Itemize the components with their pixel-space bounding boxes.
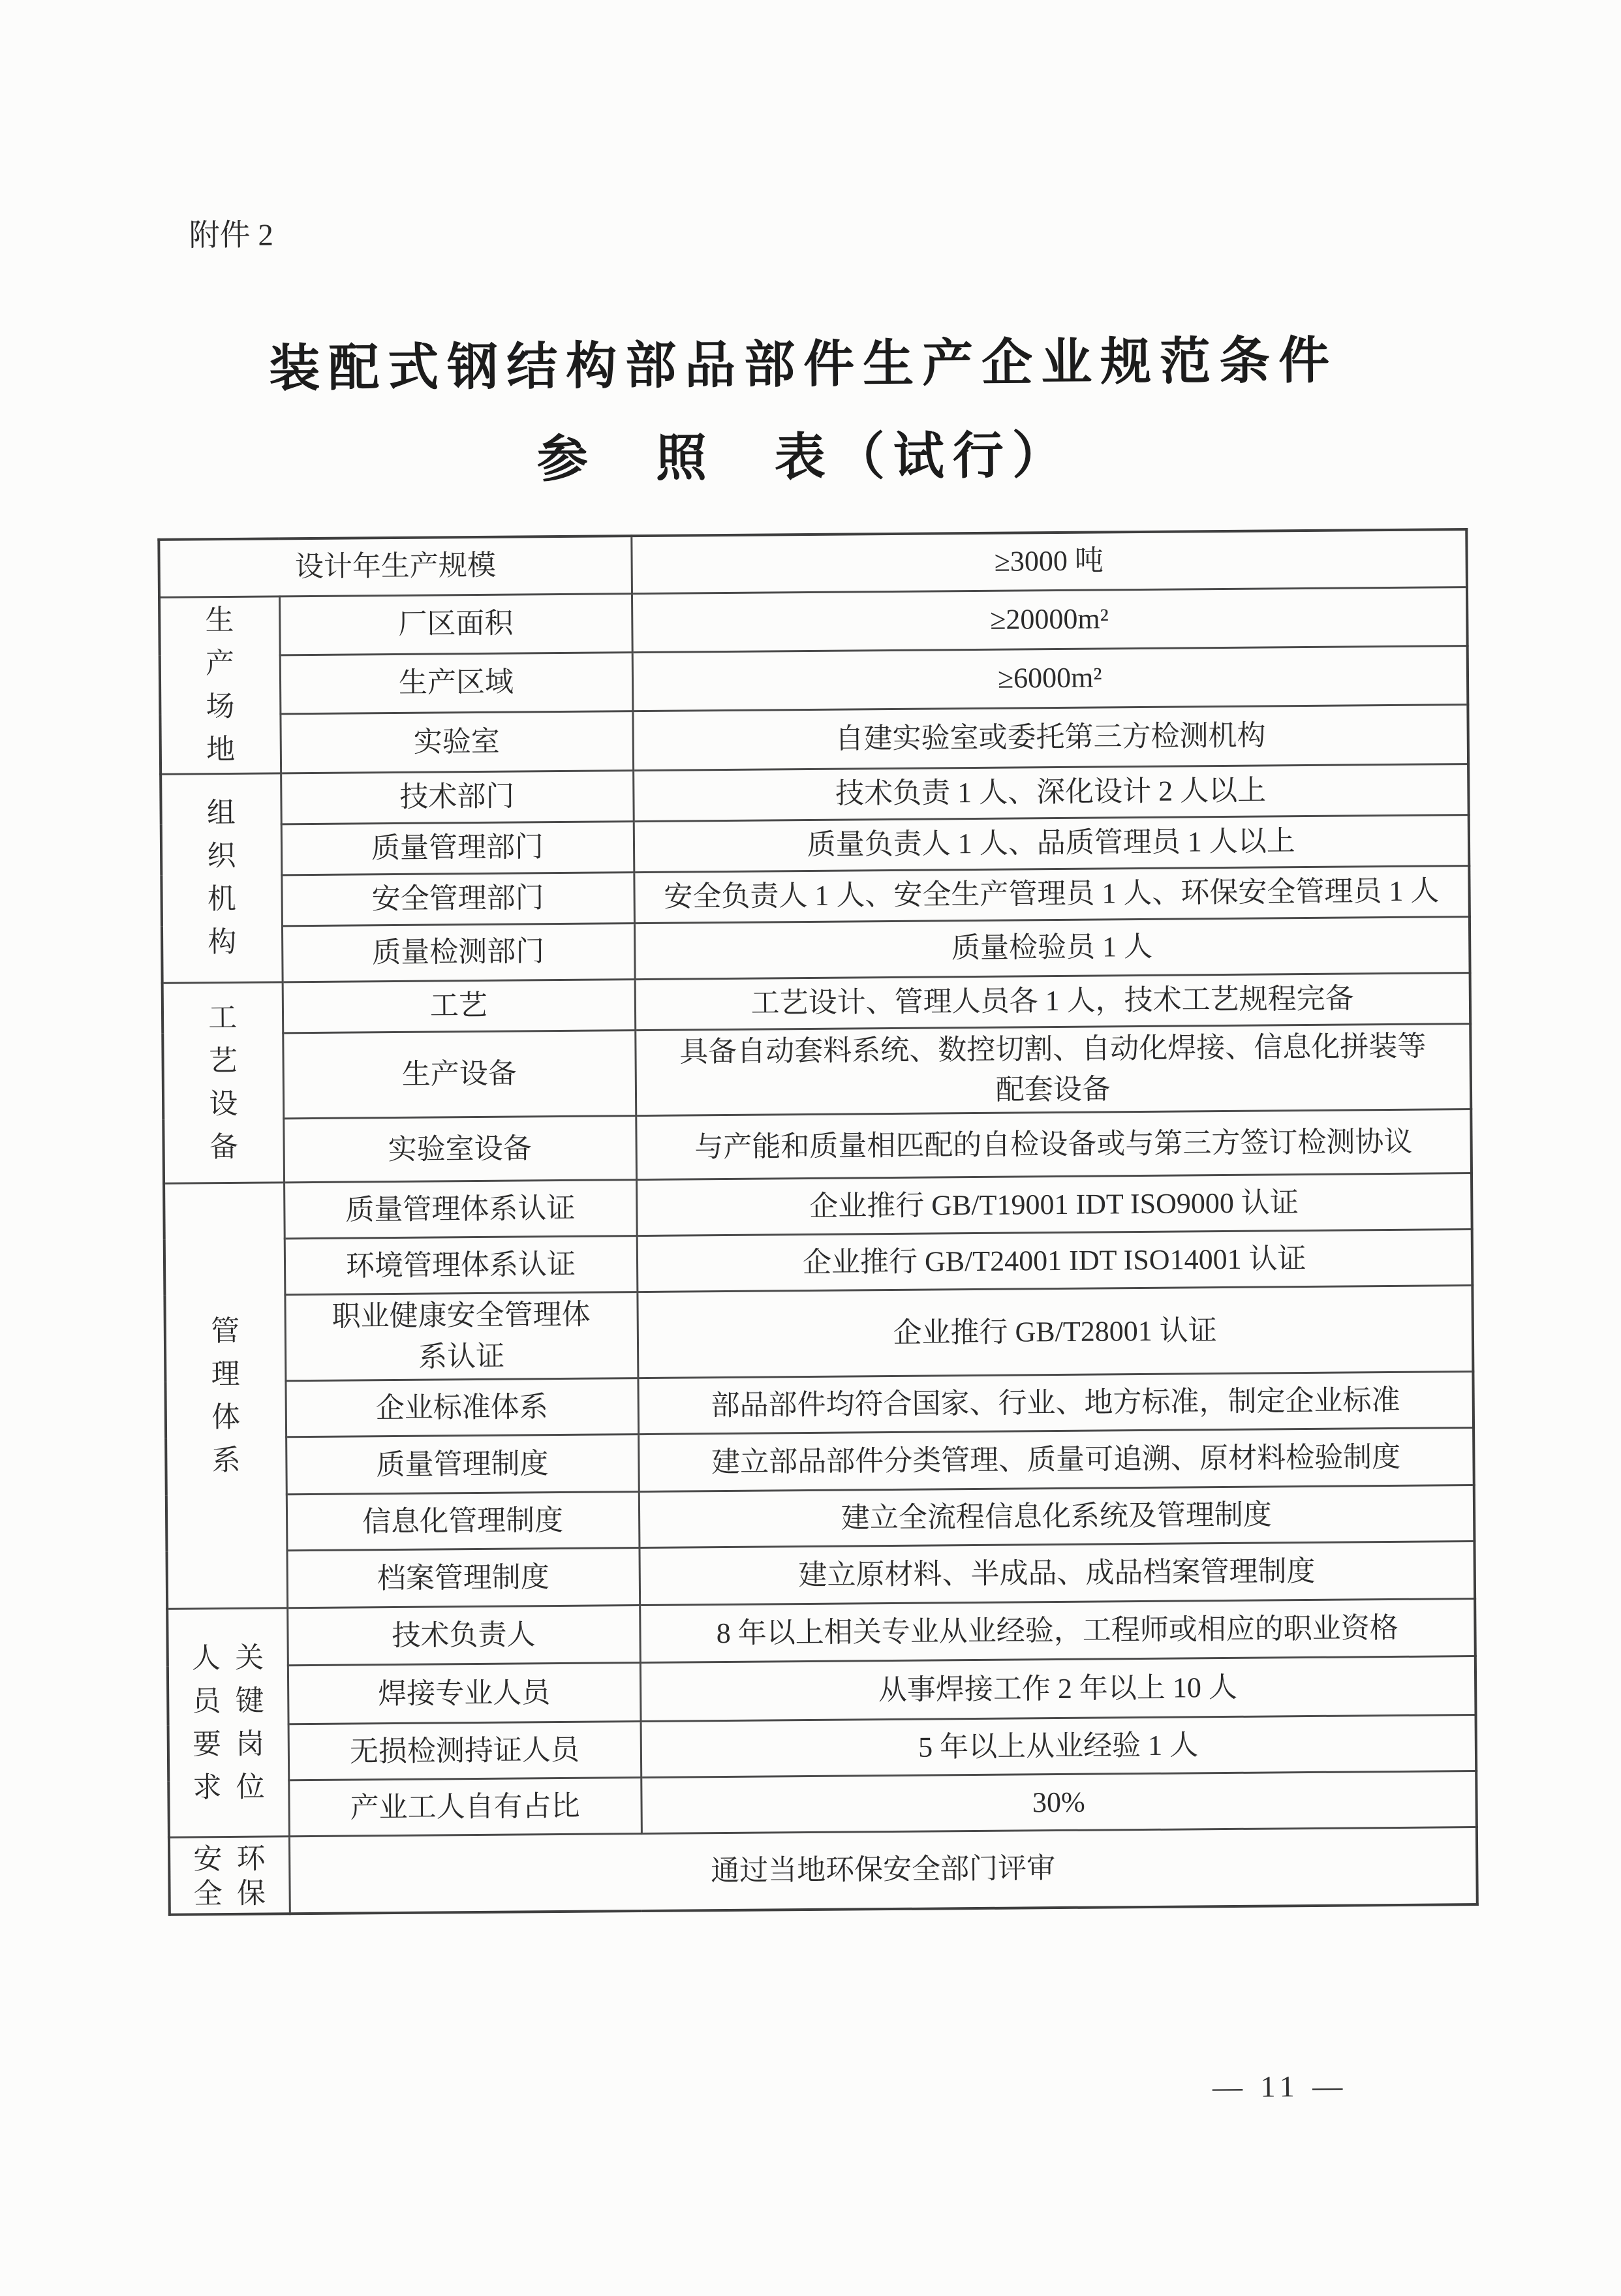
item-cell: 环境管理体系认证	[285, 1236, 638, 1295]
category-cell: 人员要求 关键岗位	[167, 1608, 289, 1837]
category-cell: 工艺设备	[162, 982, 284, 1183]
value-cell: 建立原材料、半成品、成品档案管理制度	[639, 1542, 1475, 1606]
item-cell: 质量检测部门	[282, 923, 635, 982]
category-label-secondary: 关键岗位	[233, 1636, 267, 1808]
item-cell: 职业健康安全管理体系认证	[285, 1292, 638, 1381]
category-label: 生产场地	[203, 598, 237, 771]
item-cell: 生产区域	[280, 652, 633, 714]
value-cell: 质量负责人 1 人、品质管理员 1 人以上	[634, 814, 1470, 872]
value-cell: 企业推行 GB/T28001 认证	[637, 1286, 1473, 1378]
item-cell: 信息化管理制度	[286, 1492, 640, 1551]
attachment-label: 附件 2	[189, 217, 273, 254]
category-label-group: 安全 环保	[191, 1842, 268, 1912]
value-cell: 8 年以上相关专业从业经验，工程师或相应的职业资格	[640, 1599, 1475, 1663]
table-row: 产业工人自有占比 30%	[168, 1771, 1477, 1838]
table-row: 职业健康安全管理体系认证 企业推行 GB/T28001 认证	[164, 1286, 1473, 1382]
item-cell: 工艺	[283, 979, 636, 1032]
item-cell: 厂区面积	[279, 593, 632, 655]
value-cell: 5 年以上从业经验 1 人	[641, 1715, 1477, 1778]
value-cell: 质量检验员 1 人	[634, 916, 1470, 979]
page-number: — 11 —	[1212, 2069, 1348, 2105]
value-cell: 与产能和质量相匹配的自检设备或与第三方签订检测协议	[636, 1109, 1472, 1180]
category-label-secondary: 环保	[234, 1842, 268, 1912]
table-row: 人员要求 关键岗位 技术负责人 8 年以上相关专业从业经验，工程师或相应的职业资…	[167, 1599, 1475, 1667]
category-label: 人员要求	[190, 1637, 224, 1809]
item-cell: 焊接专业人员	[288, 1663, 641, 1724]
item-cell: 生产设备	[283, 1030, 636, 1119]
value-cell: 企业推行 GB/T24001 IDT ISO14001 认证	[637, 1230, 1473, 1292]
item-cell: 质量管理制度	[286, 1435, 639, 1495]
category-label: 组织机构	[205, 792, 239, 964]
table-row: 设计年生产规模 ≥3000 吨	[159, 529, 1467, 597]
item-cell: 质量管理部门	[281, 821, 634, 875]
value-cell: 通过当地环保安全部门评审	[289, 1827, 1477, 1914]
item-cell: 技术负责人	[287, 1606, 640, 1666]
table-row: 生产场地 厂区面积 ≥20000m²	[159, 587, 1468, 656]
item-cell: 设计年生产规模	[159, 536, 632, 597]
table-row: 生产设备 具备自动套料系统、数控切割、自动化焊接、信息化拼装等配套设备	[162, 1023, 1471, 1120]
item-cell: 实验室	[280, 711, 633, 773]
item-cell: 企业标准体系	[285, 1378, 638, 1437]
table-row: 生产区域 ≥6000m²	[160, 645, 1468, 715]
table-row: 管理体系 质量管理体系认证 企业推行 GB/T19001 IDT ISO9000…	[164, 1173, 1472, 1240]
item-cell: 实验室设备	[283, 1116, 636, 1183]
category-label-group: 人员要求 关键岗位	[190, 1636, 267, 1809]
table-row: 企业标准体系 部品部件均符合国家、行业、地方标准，制定企业标准	[165, 1372, 1474, 1438]
value-cell: 技术负责 1 人、深化设计 2 人以上	[633, 764, 1469, 821]
category-cell: 安全 环保	[169, 1837, 290, 1915]
category-cell: 生产场地	[159, 596, 281, 773]
table-row: 焊接专业人员 从事焊接工作 2 年以上 10 人	[168, 1656, 1476, 1726]
table-row: 档案管理制度 建立原材料、半成品、成品档案管理制度	[166, 1542, 1475, 1609]
category-label: 安全	[191, 1842, 224, 1912]
category-label: 管理体系	[209, 1310, 243, 1482]
item-cell: 产业工人自有占比	[288, 1778, 641, 1837]
category-cell: 组织机构	[161, 773, 283, 982]
table-row: 实验室设备 与产能和质量相匹配的自检设备或与第三方签订检测协议	[163, 1109, 1472, 1184]
table-row: 信息化管理制度 建立全流程信息化系统及管理制度	[166, 1485, 1475, 1552]
value-cell: 安全负责人 1 人、安全生产管理员 1 人、环保安全管理员 1 人	[634, 865, 1470, 923]
document-page: 附件 2 装配式钢结构部品部件生产企业规范条件 参 照 表（试行） 设计年生产规…	[0, 0, 1621, 2296]
value-cell: 具备自动套料系统、数控切割、自动化焊接、信息化拼装等配套设备	[635, 1023, 1471, 1116]
table-row: 环境管理体系认证 企业推行 GB/T24001 IDT ISO14001 认证	[164, 1230, 1473, 1296]
value-cell: 部品部件均符合国家、行业、地方标准，制定企业标准	[638, 1372, 1474, 1435]
table-row: 质量管理制度 建立部品部件分类管理、质量可追溯、原材料检验制度	[166, 1428, 1474, 1496]
item-cell: 质量管理体系认证	[284, 1180, 637, 1239]
document-title-line2: 参 照 表（试行）	[0, 410, 1615, 496]
value-text: 具备自动套料系统、数控切割、自动化焊接、信息化拼装等配套设备	[673, 1026, 1432, 1113]
category-label: 工艺设备	[206, 997, 240, 1169]
item-text: 职业健康安全管理体系认证	[328, 1295, 595, 1378]
table-row: 质量检测部门 质量检验员 1 人	[162, 916, 1470, 983]
document-title-line1: 装配式钢结构部品部件生产企业规范条件	[0, 317, 1614, 403]
item-cell: 档案管理制度	[286, 1548, 640, 1608]
spec-table: 设计年生产规模 ≥3000 吨 生产场地 厂区面积 ≥20000m² 生产区域 …	[157, 528, 1479, 1916]
value-cell: 从事焊接工作 2 年以上 10 人	[640, 1656, 1476, 1722]
value-cell: 建立部品部件分类管理、质量可追溯、原材料检验制度	[638, 1428, 1474, 1492]
category-cell: 管理体系	[164, 1183, 287, 1609]
value-cell: 建立全流程信息化系统及管理制度	[639, 1485, 1475, 1548]
table-row: 安全 环保 通过当地环保安全部门评审	[169, 1827, 1477, 1915]
value-cell: ≥3000 吨	[631, 529, 1467, 593]
value-cell: ≥20000m²	[632, 587, 1468, 652]
value-cell: 自建实验室或委托第三方检测机构	[632, 705, 1468, 770]
table-row: 实验室 自建实验室或委托第三方检测机构	[160, 705, 1468, 774]
item-cell: 安全管理部门	[281, 872, 634, 925]
item-cell: 技术部门	[281, 770, 634, 824]
value-cell: 企业推行 GB/T19001 IDT ISO9000 认证	[636, 1173, 1472, 1236]
value-cell: 30%	[641, 1771, 1477, 1834]
value-cell: ≥6000m²	[632, 645, 1468, 711]
table-row: 无损检测持证人员 5 年以上从业经验 1 人	[168, 1715, 1477, 1782]
value-cell: 工艺设计、管理人员各 1 人，技术工艺规程完备	[635, 972, 1471, 1030]
item-cell: 无损检测持证人员	[288, 1722, 641, 1780]
